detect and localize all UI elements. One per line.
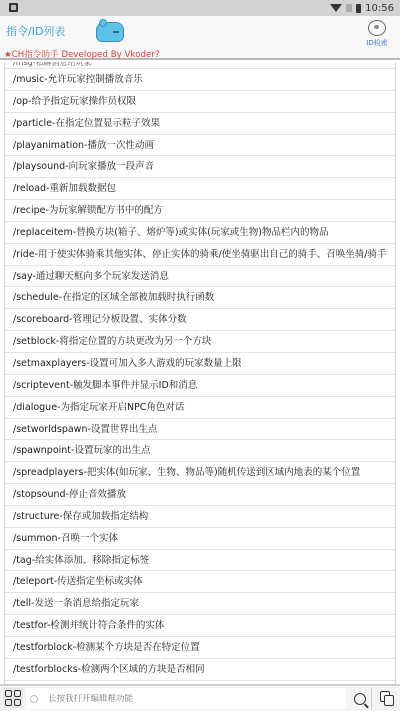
app-header: 指令/ID列表 ★CH指令助手 Developed By Vkoder? ID检… [0,16,400,60]
list-item[interactable]: /stopsound-停止音效播放 [5,484,395,506]
search-hint-icon [30,695,38,703]
list-item[interactable]: /teleport-传送指定坐标或实体 [5,571,395,593]
list-item[interactable]: /music-允许玩家控制播放音乐 [5,69,395,91]
list-item[interactable]: /testforblocks-检测两个区域的方块是否相同 [5,659,395,681]
list-item[interactable]: /recipe-为玩家解锁配方书中的配方 [5,200,395,222]
grid-menu-icon[interactable] [3,688,23,708]
battery-icon [356,4,361,13]
list-item[interactable]: /ride-用于使实体骑乘其他实体、停止实体的骑乘/使坐骑驱出自己的骑手、召唤坐… [5,244,395,266]
search-box[interactable] [26,688,346,709]
list-item[interactable]: /schedule-在指定的区域全部被加载时执行函数 [5,287,395,309]
id-search-label: ID检索 [360,38,394,48]
search-icon [354,693,366,705]
sim-icon [346,4,352,12]
wifi-icon [330,4,342,12]
search-button[interactable] [348,688,372,709]
list-item[interactable]: /summon-召唤一个实体 [5,528,395,550]
list-item[interactable]: /spawnpoint-设置玩家的出生点 [5,440,395,462]
id-search-button[interactable]: ID检索 [360,20,394,52]
list-item[interactable]: /structure-保存或加载指定结构 [5,506,395,528]
list-item[interactable]: /setblock-将指定位置的方块更改为另一个方块 [5,331,395,353]
list-item[interactable]: /particle-在指定位置显示粒子效果 [5,113,395,135]
search-input[interactable] [48,694,328,704]
list-item[interactable]: /reload-重新加载数据包 [5,178,395,200]
page-title: 指令/ID列表 [6,23,65,39]
list-item[interactable]: /tell-发送一条消息给指定玩家 [5,593,395,615]
list-item[interactable]: /tag-给实体添加、移除指定标签 [5,550,395,572]
list-item[interactable]: /spreadplayers-把实体(如玩家、生物、物品等)随机传送到区域内地表… [5,462,395,484]
list-item[interactable]: /testfor-检测并统计符合条件的实体 [5,615,395,637]
list-item[interactable]: /dialogue-为指定玩家开启NPC角色对话 [5,397,395,419]
list-item[interactable]: /say-通过聊天框向多个玩家发送消息 [5,266,395,288]
developer-credit: ★CH指令助手 Developed By Vkoder? [4,48,160,60]
list-item[interactable]: /playsound-向玩家播放一段声音 [5,156,395,178]
cat-mascot-icon [96,22,124,42]
list-item[interactable]: /replaceitem-替换方块(箱子、熔炉等)或实体(玩家或生物)物品栏内的… [5,222,395,244]
status-bar: 10:56 [0,0,400,16]
status-icons: 10:56 [330,1,394,15]
list-item[interactable]: /playanimation-播放一次性动画 [5,135,395,157]
copy-button[interactable] [376,688,398,709]
bottom-toolbar [0,684,400,711]
list-item[interactable]: /scriptevent-触发脚本事件并显示ID和消息 [5,375,395,397]
list-item[interactable]: /op-给予指定玩家操作员权限 [5,91,395,113]
globe-icon [368,20,386,36]
list-item[interactable]: /setworldspawn-设置世界出生点 [5,419,395,441]
list-item[interactable]: /scoreboard-管理记分板设置、实体分数 [5,309,395,331]
command-list[interactable]: /msg-私聊消息给玩家 /music-允许玩家控制播放音乐 /op-给予指定玩… [4,62,396,684]
list-item[interactable]: /testforblock-检测某个方块是否在特定位置 [5,637,395,659]
clock: 10:56 [365,3,394,14]
list-item[interactable]: /setmaxplayers-设置可加入多人游戏的玩家数量上限 [5,353,395,375]
list-item[interactable]: /msg-私聊消息给玩家 [5,62,395,69]
notification-icon [9,3,18,12]
